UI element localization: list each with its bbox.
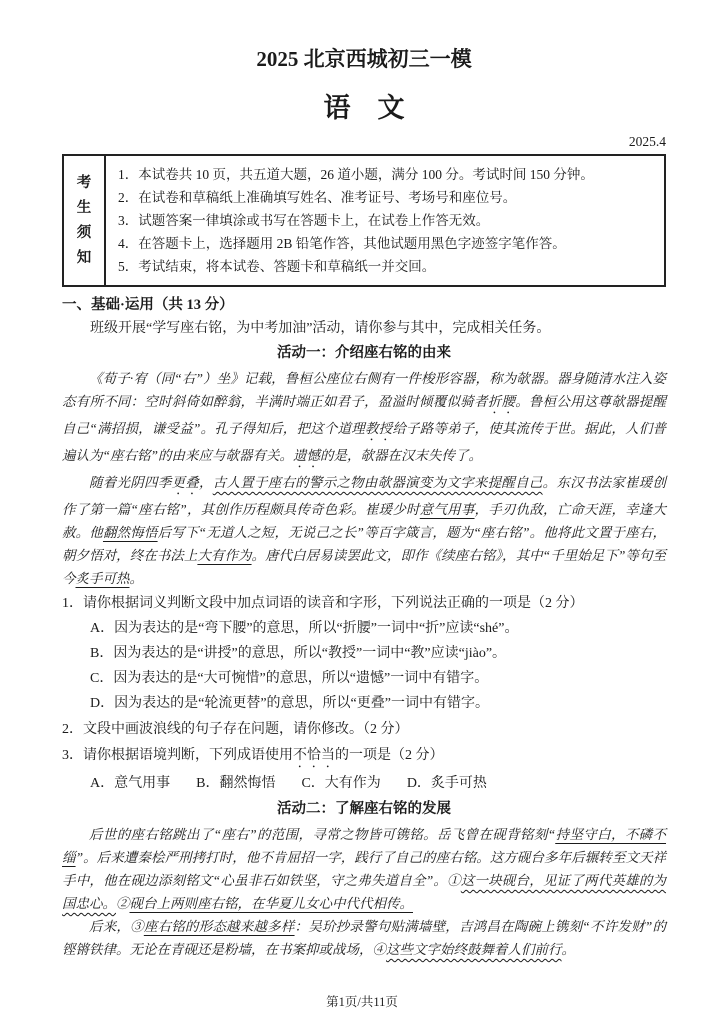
text-segment: 遗憾 [293,448,320,463]
option-inline: B．翻然悔悟 [196,776,275,791]
question-1-options: A．因为表达的是“弯下腰”的意思，所以“折腰”一词中“折”应读“shé”。B．因… [62,616,666,716]
activity2-paragraph-1: 后世的座右铭跳出了“座右”的范围，寻常之物皆可镌铭。岳飞曾在砚背铭刻“持坚守白，… [62,823,666,915]
text-segment: 后来，③ [89,919,144,934]
text-segment: 翻然悔悟 [103,525,158,540]
notice-box: 考生须知 1．本试卷共 10 页，共五道大题，26 道小题，满分 100 分。考… [62,154,666,287]
text-segment: 古人置于座右的警示之物由欹器演变为文字来提醒自己 [213,475,543,490]
notice-char: 知 [77,250,92,266]
text-segment: 。 [562,942,576,957]
activity1-title: 活动一：介绍座右铭的由来 [62,341,666,366]
notice-item: 4．在答题卡上，选择题用 2B 铅笔作答，其他试题用黑色字迹签字笔作答。 [118,232,654,255]
notice-item: 1．本试卷共 10 页，共五道大题，26 道小题，满分 100 分。考试时间 1… [118,163,654,186]
notice-item: 2．在试卷和草稿纸上准确填写姓名、准考证号、考场号和座位号。 [118,186,654,209]
notice-label: 考生须知 [64,156,106,285]
text-segment: 大有作为 [197,548,251,563]
option-inline: D．炙手可热 [407,776,487,791]
text-segment: 2．文段中画波浪线的句子存在问题，请你修改。（2 分） [62,722,409,737]
page-title: 2025 北京西城初三一模 [62,44,666,74]
text-segment: 随着光阴四季 [89,475,171,490]
notice-item: 5．考试结束，将本试卷、答题卡和草稿纸一并交回。 [118,255,654,278]
text-segment: 意气用事 [420,502,475,517]
question-3-stem: 3．请你根据语境判断，下列成语使用不恰当的一项是（2 分） [62,744,666,771]
text-segment: 教授 [365,421,392,436]
text-segment: ， [199,475,213,490]
text-segment: 。 [130,571,144,586]
option-line: D．因为表达的是“轮流更替”的意思，所以“更叠”一词中有错字。 [62,691,666,716]
text-segment: 炙手可热 [76,571,130,586]
page-footer: 第1页/共11页 [0,992,724,1010]
text-segment: 不恰当 [293,748,335,763]
section-heading: 一、基础·运用（共 13 分） [62,293,666,317]
intro-text: 班级开展“学写座右铭，为中考加油”活动，请你参与其中，完成相关任务。 [62,317,666,340]
text-segment: 的一项是（2 分） [335,748,444,763]
activity1-paragraph-2: 随着光阴四季更叠，古人置于座右的警示之物由欹器演变为文字来提醒自己。东汉书法家崔… [62,471,666,590]
text-segment: 这些文字始终鼓舞着人们前行 [386,942,562,957]
question-3: 3．请你根据语境判断，下列成语使用不恰当的一项是（2 分） A．意气用事B．翻然… [62,744,666,796]
option-inline: C．大有作为 [301,776,380,791]
text-segment: 更叠 [171,475,199,490]
notice-list: 1．本试卷共 10 页，共五道大题，26 道小题，满分 100 分。考试时间 1… [106,156,664,285]
question-2-stem: 2．文段中画波浪线的句子存在问题，请你修改。（2 分） [62,718,666,742]
text-segment: 座右铭的形态越来越多样 [144,919,295,934]
text-segment: 后世的座右铭跳出了“座右”的范围，寻常之物皆可镌铭。岳飞曾在砚背铭刻“ [89,827,555,842]
notice-char: 生 [77,200,92,216]
text-segment: 3．请你根据语境判断，下列成语使用 [62,748,293,763]
text-segment: 1．请你根据词义判断文段中加点词语的读音和字形，下列说法正确的一项是（2 分） [62,596,584,611]
question-3-options: A．意气用事B．翻然悔悟C．大有作为D．炙手可热 [62,771,666,796]
option-inline: A．意气用事 [90,776,170,791]
activity2-title: 活动二：了解座右铭的发展 [62,797,666,822]
text-segment: 的是，欹器在汉末失传了。 [320,448,482,463]
text-segment: 折腰 [488,394,515,409]
question-1-stem: 1．请你根据词义判断文段中加点词语的读音和字形，下列说法正确的一项是（2 分） [62,592,666,616]
subject-title: 语 文 [62,89,666,127]
option-line: B．因为表达的是“讲授”的意思，所以“教授”一词中“教”应读“jiào”。 [62,641,666,666]
exam-date: 2025.4 [62,132,666,151]
text-segment: 砚台上两则座右铭，在华夏儿女心中代代相传。 [130,896,414,911]
activity2-paragraph-2: 后来，③座右铭的形态越来越多样：吴玠抄录警句贴满墙壁，吉鸿昌在陶碗上镌刻“不许发… [62,915,666,961]
notice-item: 3．试题答案一律填涂或书写在答题卡上，在试卷上作答无效。 [118,209,654,232]
option-line: C．因为表达的是“大可惋惜”的意思，所以“遗憾”一词中有错字。 [62,666,666,691]
option-line: A．因为表达的是“弯下腰”的意思，所以“折腰”一词中“折”应读“shé”。 [62,616,666,641]
text-segment: ② [116,896,130,911]
question-1: 1．请你根据词义判断文段中加点词语的读音和字形，下列说法正确的一项是（2 分） … [62,592,666,716]
notice-char: 须 [77,225,92,241]
question-2: 2．文段中画波浪线的句子存在问题，请你修改。（2 分） [62,718,666,742]
notice-char: 考 [77,175,92,191]
exam-page: 2025 北京西城初三一模 语 文 2025.4 考生须知 1．本试卷共 10 … [0,0,724,1024]
activity1-paragraph-1: 《荀子·宥（同“右”）坐》记载，鲁桓公座位右侧有一件梭形容器，称为欹器。器身随清… [62,367,666,471]
